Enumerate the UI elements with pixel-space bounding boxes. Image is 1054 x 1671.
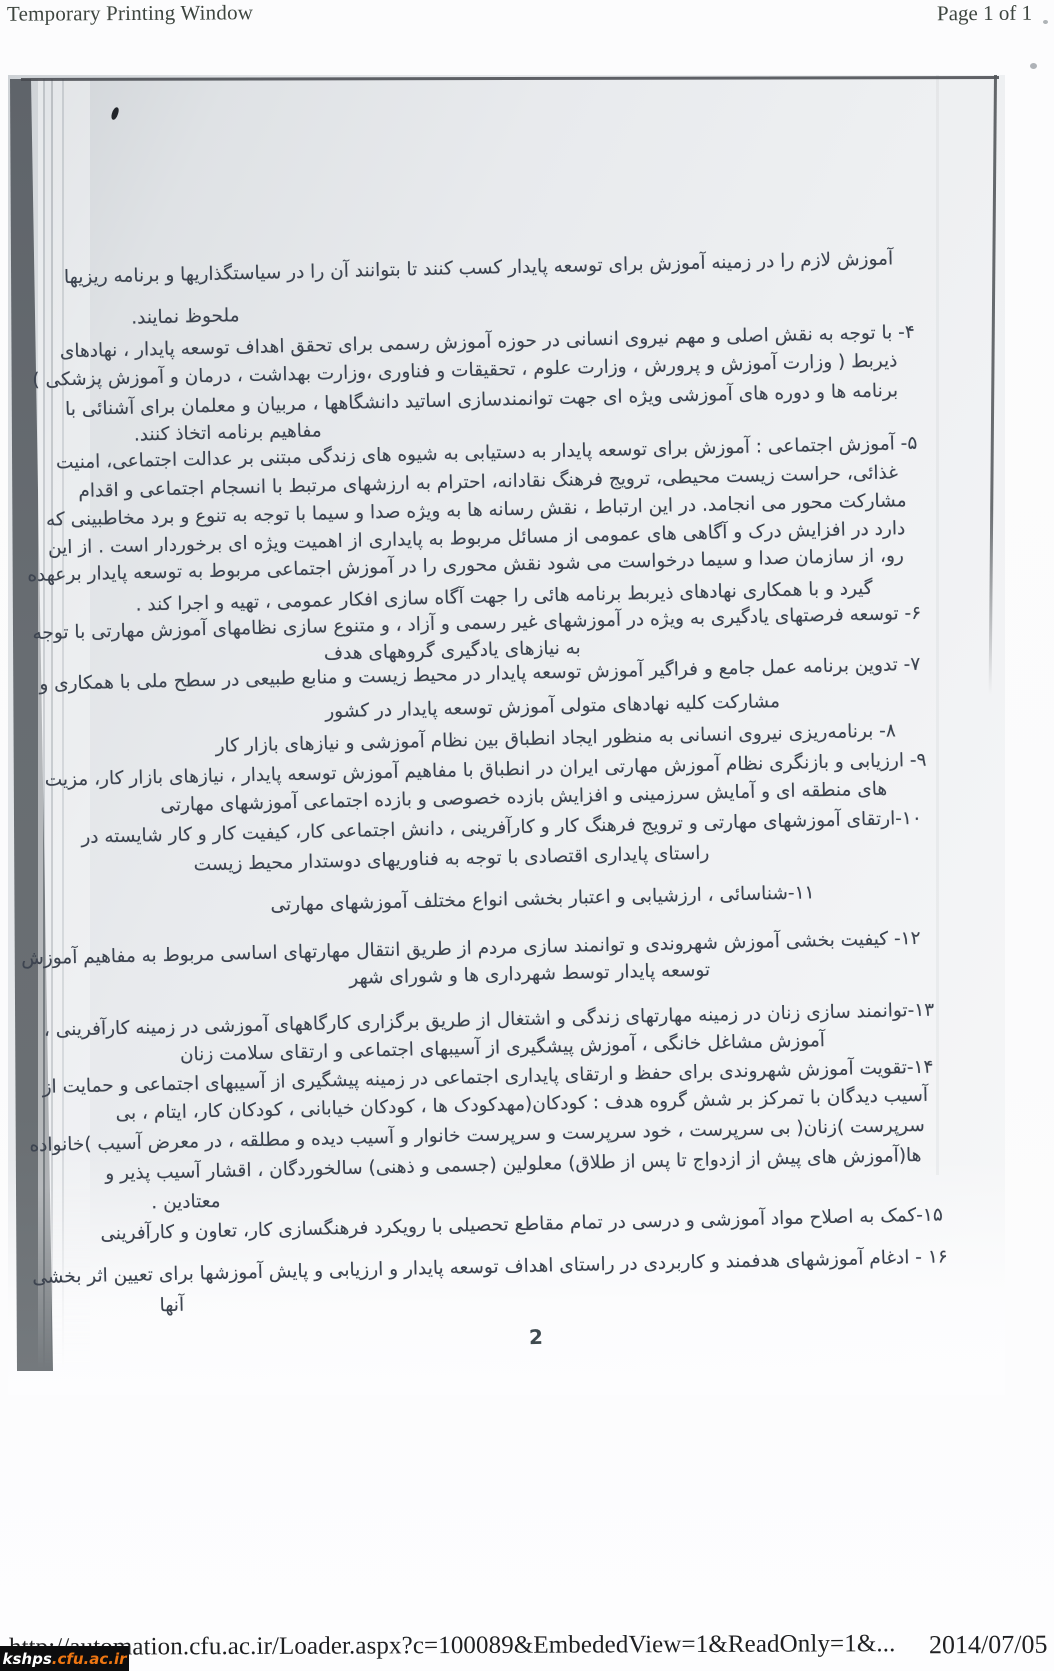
document-line: معتادین . xyxy=(151,1191,221,1214)
document-url: http://automation.cfu.ac.ir/Loader.aspx?… xyxy=(9,1630,896,1662)
document-line: ۱۲- کیفیت بخشی آموزش شهروندی و توانمند س… xyxy=(21,928,921,969)
document-line: آنها xyxy=(159,1295,184,1317)
document-line: مفاهیم برنامه اتخاذ کنند. xyxy=(134,420,322,445)
document-text: آموزش لازم را در زمینه آموزش برای توسعه … xyxy=(4,73,1031,1415)
print-footer: http://automation.cfu.ac.ir/Loader.aspx?… xyxy=(0,1626,1054,1671)
scan-speck xyxy=(1030,63,1037,69)
document-line: مشارکت کلیه نهادهای متولی آموزش توسعه پا… xyxy=(325,691,780,722)
document-line: آموزش لازم را در زمینه آموزش برای توسعه … xyxy=(64,248,894,288)
page-number: 2 xyxy=(529,1325,543,1349)
watermark-prefix: kshps xyxy=(3,1650,52,1668)
document-line: توسعه پایدار توسط شهرداری ها و شورای شهر xyxy=(349,960,710,989)
page-indicator: Page 1 of 1 xyxy=(937,1,1032,27)
document-line: ۸- برنامه‌ریزی نیروی انسانی به منظور ایج… xyxy=(215,720,896,756)
watermark-badge: kshps.cfu.ac.ir xyxy=(0,1646,129,1671)
document-line: ۱۱-شناسائی ، ارزشیابی و اعتبار بخشی انوا… xyxy=(270,882,814,915)
window-title: Temporary Printing Window xyxy=(7,0,253,27)
document-line: به نیازهای یادگیری گروههای هدف xyxy=(324,638,581,665)
print-date: 2014/07/05 xyxy=(928,1630,1047,1661)
document-line: ۱۵-کمک به اصلاح مواد آموزشی و درسی در تم… xyxy=(100,1204,943,1244)
scan-speck xyxy=(1043,20,1048,24)
print-header: Temporary Printing Window Page 1 of 1 xyxy=(0,0,1054,34)
watermark-suffix: .cfu.ac.ir xyxy=(52,1650,127,1668)
document-line: راستای پایداری اقتصادی با توجه به فناوری… xyxy=(193,843,709,876)
document-line: ۱۶ - ادغام آموزشهای هدفمند و کاربردی در … xyxy=(32,1246,948,1288)
scanned-page: آموزش لازم را در زمینه آموزش برای توسعه … xyxy=(8,75,1005,1395)
print-preview-window: Temporary Printing Window Page 1 of 1 آم… xyxy=(0,0,1054,1671)
document-line: ملحوظ نمایند. xyxy=(131,305,240,328)
